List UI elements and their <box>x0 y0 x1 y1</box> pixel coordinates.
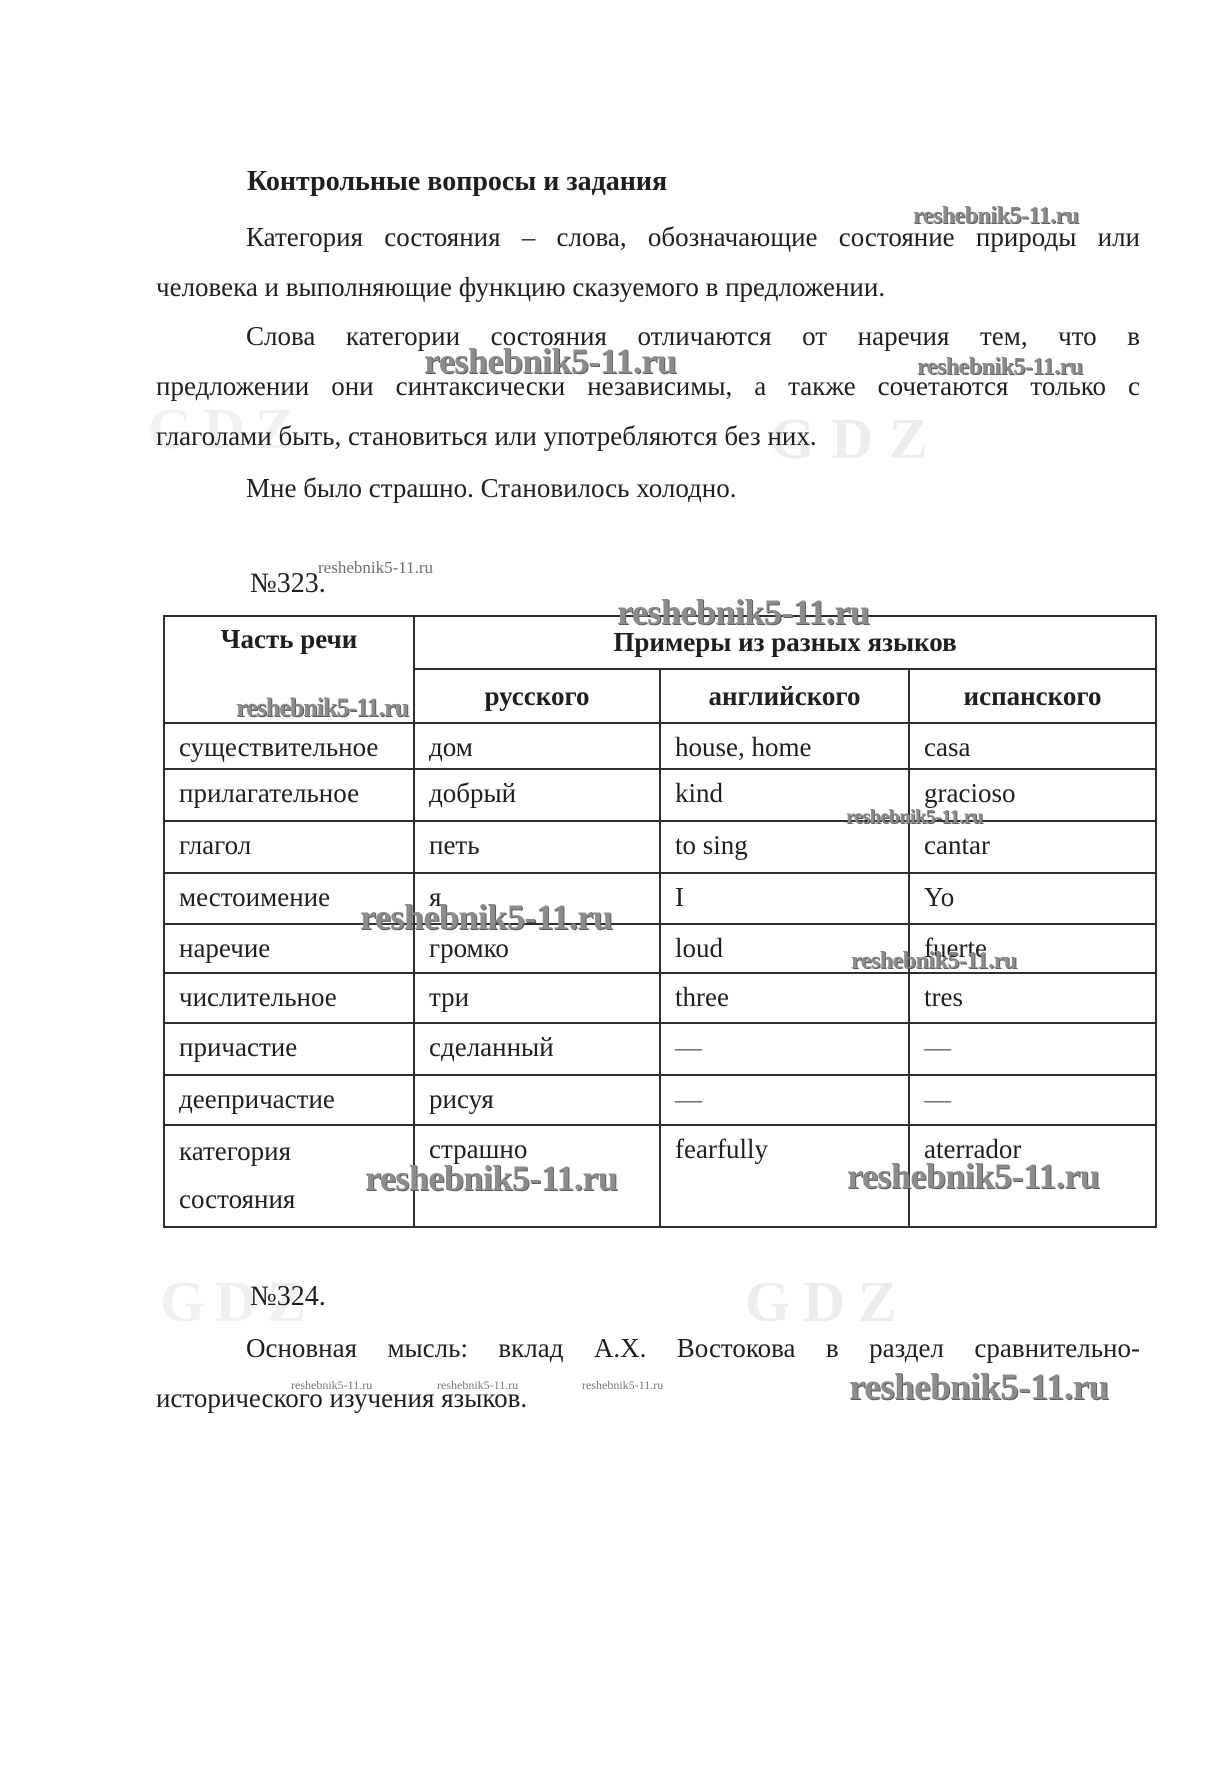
site-watermark: reshebnik5-11.ru <box>617 591 869 633</box>
cell-russian: добрый <box>414 769 660 821</box>
task-number-324: №324. <box>250 1272 326 1322</box>
site-watermark: reshebnik5-11.ru <box>582 1378 663 1393</box>
cell-part: деепричастие <box>164 1075 414 1125</box>
paragraph-line: глаголами быть, становиться или употребл… <box>156 411 1140 461</box>
cell-part: причастие <box>164 1023 414 1075</box>
cell-english: — <box>660 1023 909 1075</box>
table-row: причастие сделанный — — <box>164 1023 1156 1075</box>
table-row: глагол петь to sing cantar <box>164 821 1156 873</box>
cell-english: house, home <box>660 723 909 769</box>
site-watermark: reshebnik5-11.ru <box>424 340 676 382</box>
table-row: существительное дом house, home casa <box>164 723 1156 769</box>
cell-spanish: casa <box>909 723 1156 769</box>
site-watermark: reshebnik5-11.ru <box>849 1366 1109 1409</box>
paragraph-line: Мне было страшно. Становилось холодно. <box>156 463 1140 513</box>
site-watermark: reshebnik5-11.ru <box>236 693 408 723</box>
cell-russian: рисуя <box>414 1075 660 1125</box>
cell-spanish: Yo <box>909 873 1156 924</box>
site-watermark: reshebnik5-11.ru <box>318 558 433 578</box>
example-sentence: Мне было страшно. Становилось холодно. <box>156 463 1140 513</box>
cell-part: прилагательное <box>164 769 414 821</box>
site-watermark: reshebnik5-11.ru <box>360 896 612 938</box>
cell-russian: три <box>414 973 660 1023</box>
cell-part: глагол <box>164 821 414 873</box>
document-page: GDZ GDZ GDZ GDZ reshebnik5-11.ru reshebn… <box>0 0 1231 1775</box>
paragraph-explanation: Слова категории состояния отличаются от … <box>156 311 1140 461</box>
site-watermark: reshebnik5-11.ru <box>851 948 1017 975</box>
table-row: числительное три three tres <box>164 973 1156 1023</box>
table-header-russian: русского <box>414 669 660 723</box>
paragraph-line: человека и выполняющие функцию сказуемог… <box>156 262 1140 312</box>
site-watermark: reshebnik5-11.ru <box>846 806 983 829</box>
site-watermark: reshebnik5-11.ru <box>291 1378 372 1393</box>
task-number-323: №323. <box>250 559 326 609</box>
table-row: деепричастие рисуя — — <box>164 1075 1156 1125</box>
cell-spanish: tres <box>909 973 1156 1023</box>
table-row: прилагательное добрый kind gracioso <box>164 769 1156 821</box>
cell-part: числительное <box>164 973 414 1023</box>
cell-russian: сделанный <box>414 1023 660 1075</box>
site-watermark: reshebnik5-11.ru <box>913 203 1079 230</box>
cell-english: — <box>660 1075 909 1125</box>
site-watermark: reshebnik5-11.ru <box>847 1155 1099 1197</box>
cell-spanish: — <box>909 1023 1156 1075</box>
site-watermark: reshebnik5-11.ru <box>365 1157 617 1199</box>
cell-english: I <box>660 873 909 924</box>
section-title: Контрольные вопросы и задания <box>247 157 667 207</box>
cell-russian: дом <box>414 723 660 769</box>
cell-spanish: — <box>909 1075 1156 1125</box>
cell-russian: петь <box>414 821 660 873</box>
site-watermark: reshebnik5-11.ru <box>437 1378 518 1393</box>
site-watermark: reshebnik5-11.ru <box>917 354 1083 381</box>
table-header-english: английского <box>660 669 909 723</box>
cell-english: three <box>660 973 909 1023</box>
cell-part: существительное <box>164 723 414 769</box>
table-header-spanish: испанского <box>909 669 1156 723</box>
table-row: местоимение я I Yo <box>164 873 1156 924</box>
